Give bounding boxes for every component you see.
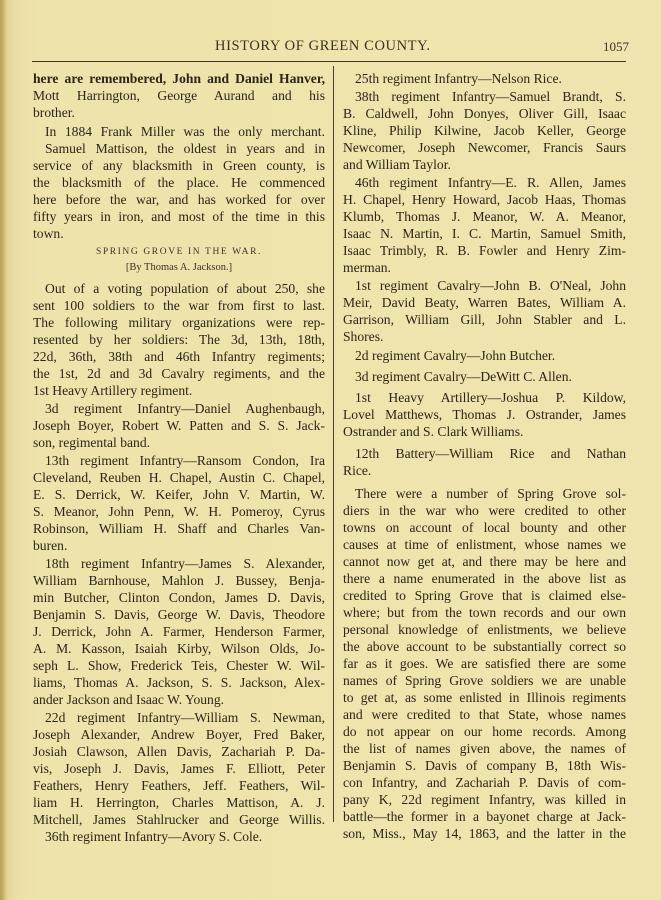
text-line: Feathers, Henry Feathers, Jeff. Feathers… [33,777,325,794]
text-line: Benjamin S. Davis of company B, 18th Wis… [343,757,626,774]
text-line: H. Chapel, Henry Howard, Jacob Haas, Tho… [343,191,626,208]
text-line: Joseph Alexander, Andrew Boyer, Fred Bak… [33,726,325,743]
text-line: brother. [33,104,325,121]
page-header: HISTORY OF GREEN COUNTY. 1057 [0,36,661,56]
text-line: 13th regiment Infantry—Ransom Condon, Ir… [45,452,325,469]
text-line: 2d regiment Cavalry—John Butcher. [355,347,626,364]
text-line: 12th Battery—William Rice and Nathan [355,445,626,462]
text-line: Meir, David Beaty, Warren Bates, William… [343,294,626,311]
text-line: Samuel Mattison, the oldest in years and… [45,140,325,157]
text-line: merman. [343,259,626,276]
text-line: 1st Heavy Artillery regiment. [33,382,325,399]
text-line: there a name enumerated in the above lis… [343,570,626,587]
text-line: the 1st, 2d and 3d Cavalry regiments, an… [33,365,325,382]
text-line: battle—the former in a bayonet charge at… [343,808,626,825]
text-line: Joseph Boyer, Robert W. Patten and S. S.… [33,417,325,434]
text-line: the blacksmith of the place. He commence… [33,174,325,191]
text-line: Mott Harrington, George Aurand and his [33,87,325,104]
text-line: min Butcher, Clinton Condon, James D. Da… [33,589,325,606]
text-line: 46th regiment Infantry—E. R. Allen, Jame… [355,174,626,191]
text-line: son, Miss., May 14, 1863, and the latter… [343,825,626,842]
text-line: William Barnhouse, Mahlon J. Bussey, Ben… [33,572,325,589]
text-line: credited to Spring Grove that is claimed… [343,587,626,604]
text-line: Rice. [343,462,626,479]
text-line: Robinson, William H. Shaff and Charles V… [33,520,325,537]
text-line: Ostrander and S. Clark Williams. [343,423,626,440]
text-line: liam H. Herrington, Charles Mattison, A.… [33,794,325,811]
text-line: 1st Heavy Artillery—Joshua P. Kildow, [355,389,626,406]
text-line: Out of a voting population of about 250,… [45,280,325,297]
text-line: Josiah Clawson, Allen Davis, Zachariah P… [33,743,325,760]
text-line: buren. [33,537,325,554]
text-line: Lovel Matthews, Thomas J. Ostrander, Jam… [343,406,626,423]
text-line: 22d regiment Infantry—William S. Newman, [45,709,325,726]
text-line: Garrison, William Gill, John Stabler and… [343,311,626,328]
byline: [By Thomas A. Jackson.] [33,261,325,274]
text-line: 36th regiment Infantry—Avory S. Cole. [45,828,325,845]
text-line: S. Meanor, John Penn, W. H. Pomeroy, Cyr… [33,503,325,520]
text-line: 25th regiment Infantry—Nelson Rice. [355,70,626,87]
text-line: Isaac Trimbly, R. B. Fowler and Henry Zi… [343,242,626,259]
text-line: the list of names given above, the names… [343,740,626,757]
text-line: and were credited to that State, whose n… [343,706,626,723]
text-line: fifty years in iron, and most of the tim… [33,208,325,225]
column-divider [333,66,334,822]
text-line: Klumb, Thomas J. Meanor, W. A. Meanor, [343,208,626,225]
text-line: There were a number of Spring Grove sol- [355,485,626,502]
text-line: A. M. Kasson, Isaiah Kirby, Wilson Olds,… [33,640,325,657]
text-line: where; but from the town records and our… [343,604,626,621]
text-line: con Infantry, and Zachariah P. Davis of … [343,774,626,791]
text-line: do not appear on our home records. Among [343,723,626,740]
book-page: HISTORY OF GREEN COUNTY. 1057 here are r… [0,0,661,900]
text-line: Newcomer, Joseph Newcomer, Francis Saurs [343,139,626,156]
text-line: 18th regiment Infantry—James S. Alexande… [45,555,325,572]
text-line: to get at, as some enlisted in Illinois … [343,689,626,706]
text-line: causes at time of enlistment, whose name… [343,536,626,553]
text-line: Benjamin S. Davis, George W. Davis, Theo… [33,606,325,623]
text-line: the above account to be substantially co… [343,638,626,655]
text-line: resented by her soldiers: The 3d, 13th, … [33,331,325,348]
text-line: service of any blacksmith in Green count… [33,157,325,174]
text-line: ander Jackson and Isaac W. Young. [33,691,325,708]
page-number: 1057 [603,39,629,55]
text-line: sent 100 soldiers to the war from first … [33,297,325,314]
text-line: names of Spring Grove soldiers we are un… [343,672,626,689]
text-line: son, regimental band. [33,434,325,451]
text-line: personal knowledge of enlistments, we be… [343,621,626,638]
text-line: Isaac N. Martin, I. C. Martin, Samuel Sm… [343,225,626,242]
text-line: vis, Joseph J. Davis, James F. Elliott, … [33,760,325,777]
text-line: towns on account of local bounty and oth… [343,519,626,536]
text-line: pany K, 22d regiment Infantry, was kille… [343,791,626,808]
running-title: HISTORY OF GREEN COUNTY. [215,38,431,55]
text-line: 22d, 36th, 38th and 46th Infantry regime… [33,348,325,365]
text-line: here before the war, and has worked for … [33,191,325,208]
text-line: here are remembered, John and Daniel Han… [33,70,325,87]
text-line: seph L. Show, Frederick Teis, Chester W.… [33,657,325,674]
text-line: liams, Thomas A. Jackson, S. S. Jackson,… [33,674,325,691]
text-line: 38th regiment Infantry—Samuel Brandt, S. [355,88,626,105]
header-rule [32,61,626,62]
text-line: far as it goes. We are satisfied there a… [343,655,626,672]
text-line: town. [33,225,325,242]
text-line: 3d regiment Infantry—Daniel Aughenbaugh, [45,400,325,417]
section-heading: SPRING GROVE IN THE WAR. [33,246,325,258]
text-line: 1st regiment Cavalry—John B. O'Neal, Joh… [355,277,626,294]
text-line: Shores. [343,328,626,345]
text-line: In 1884 Frank Miller was the only mercha… [45,123,325,140]
text-line: E. S. Derrick, W. Keifer, John V. Martin… [33,486,325,503]
text-line: and William Taylor. [343,156,626,173]
text-line: 3d regiment Cavalry—DeWitt C. Allen. [355,368,626,385]
text-line: J. Derrick, John A. Farmer, Henderson Fa… [33,623,325,640]
text-line: cannot now get at, and there may be here… [343,553,626,570]
text-line: diers in the war who were credited to ot… [343,502,626,519]
text-line: The following military organizations wer… [33,314,325,331]
text-line: Mitchell, James Stahlrucker and George W… [33,811,325,828]
text-line: Cleveland, Reuben H. Chapel, Austin C. C… [33,469,325,486]
page-binding-shadow [0,0,6,900]
text-line: Kline, Philip Kilwine, Jacob Keller, Geo… [343,122,626,139]
text-line: B. Caldwell, John Donyes, Oliver Gill, I… [343,105,626,122]
